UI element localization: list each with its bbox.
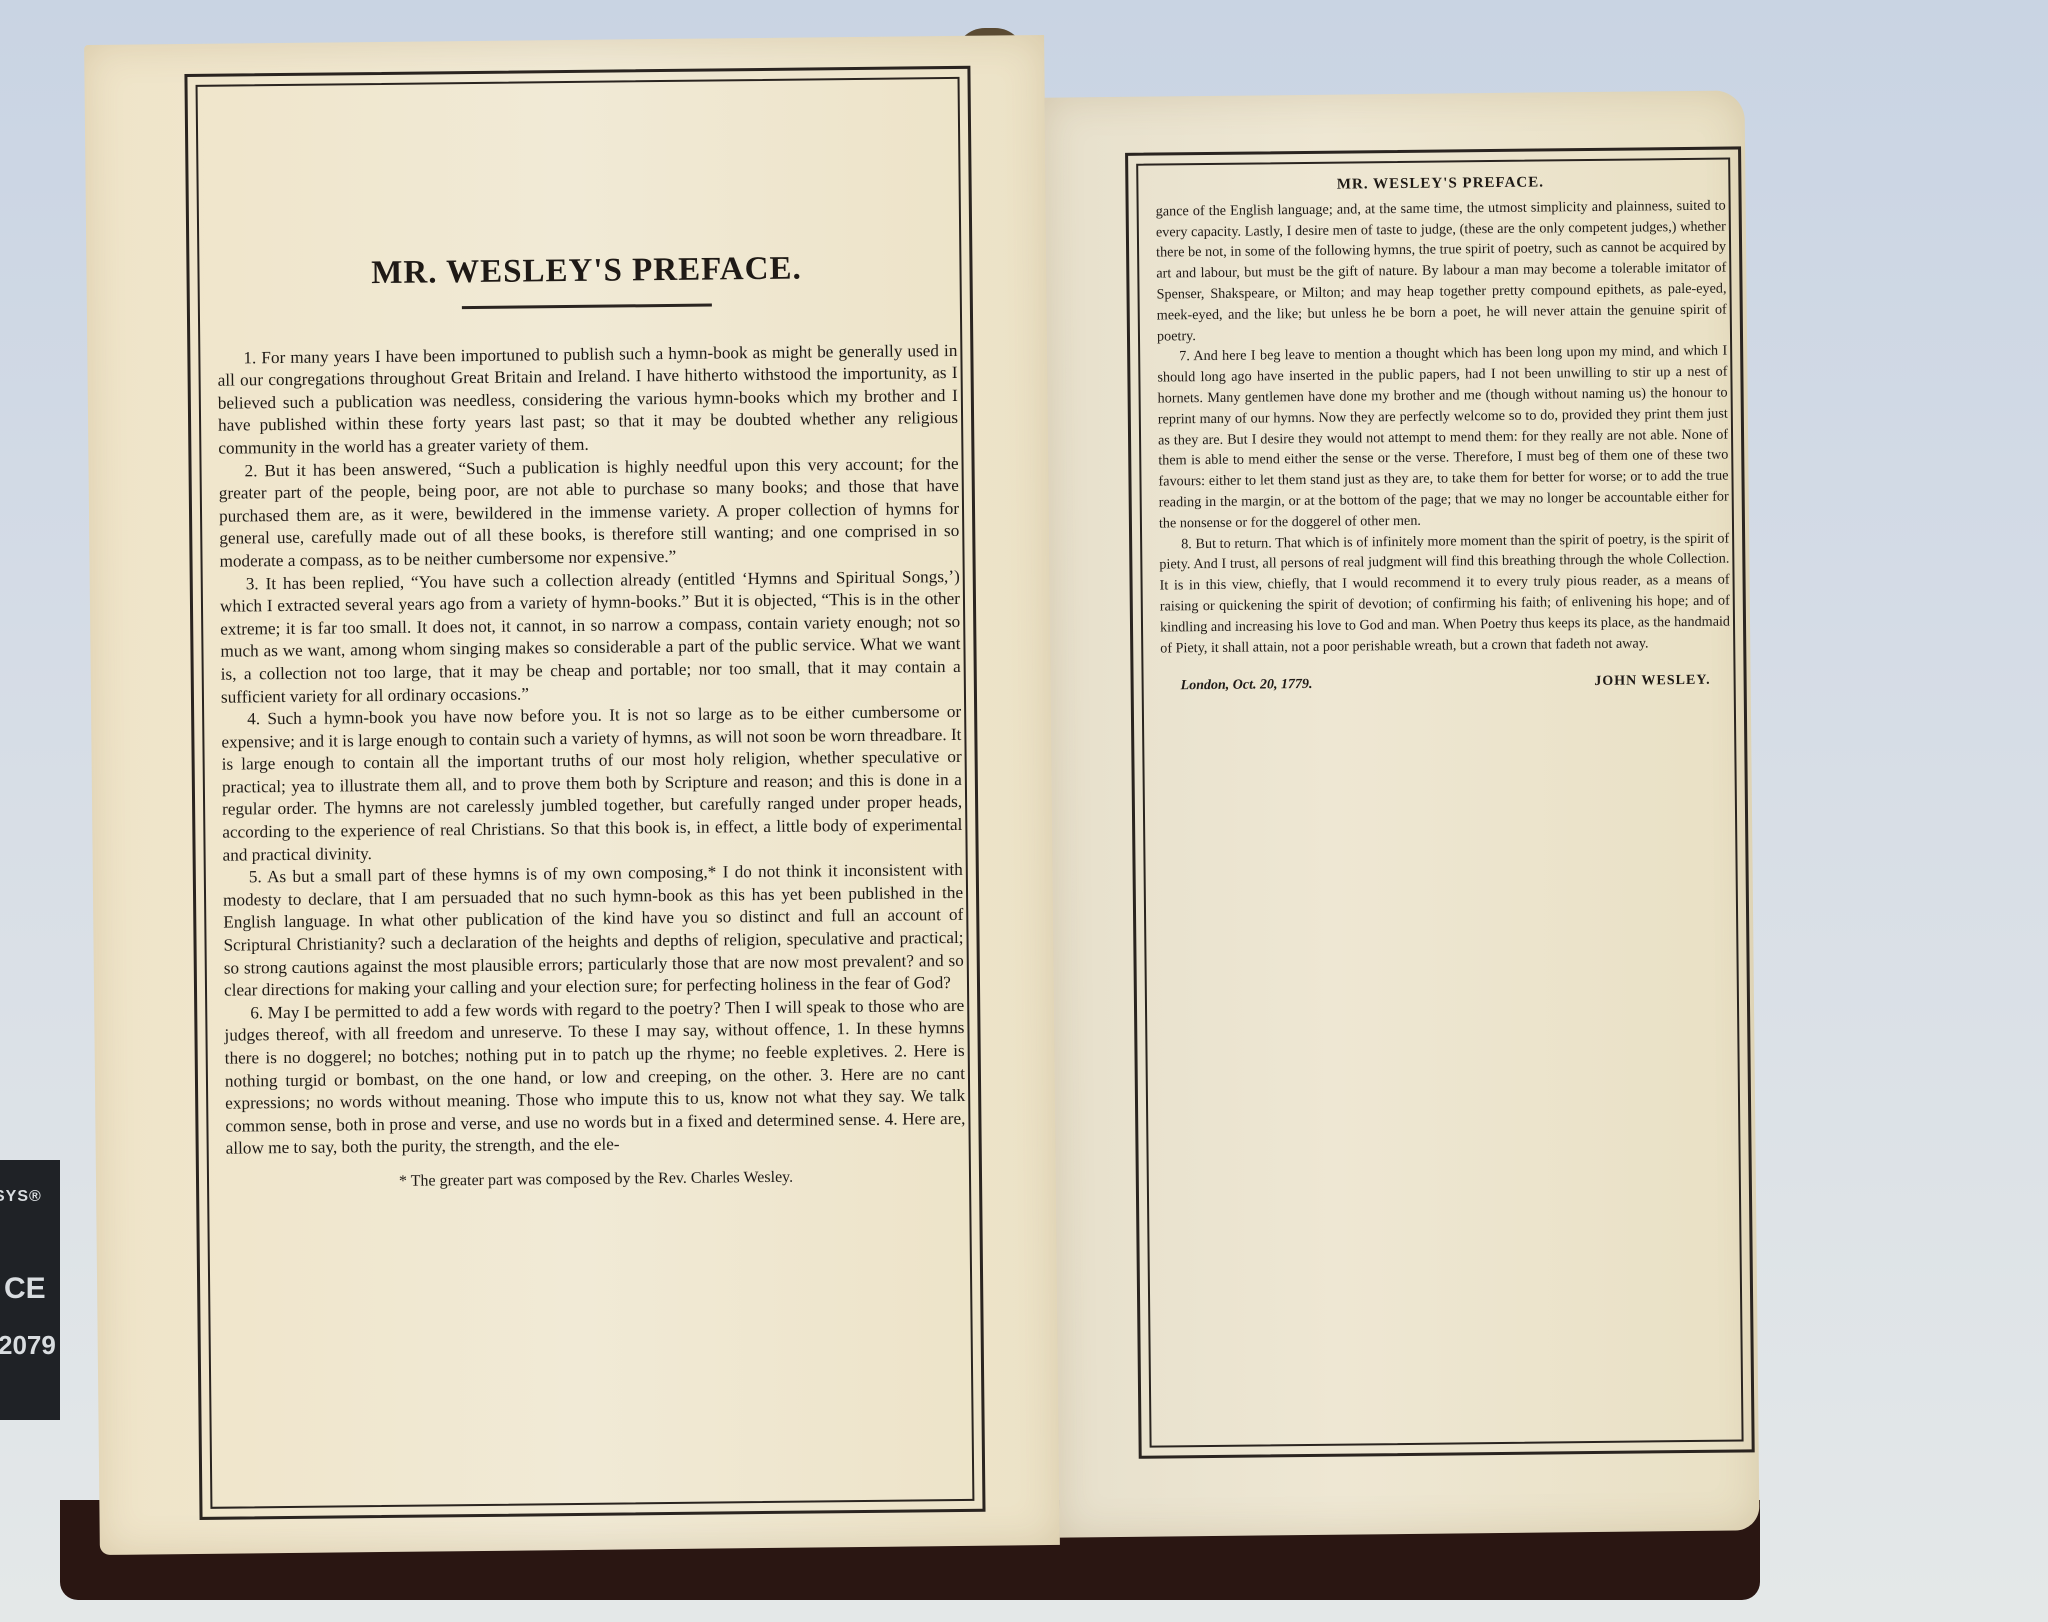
paragraph-5: 5. As but a small part of these hymns is… xyxy=(223,859,964,1002)
signature-date: London, Oct. 20, 1779. xyxy=(1181,675,1313,697)
paragraph-7: 7. And here I beg leave to mention a tho… xyxy=(1157,341,1729,534)
signature-name: JOHN WESLEY. xyxy=(1594,671,1710,693)
device-brand-label: SYS® xyxy=(0,1188,42,1206)
device-ce-mark: CE xyxy=(4,1272,46,1306)
paragraph-6: 6. May I be permitted to add a few words… xyxy=(224,995,966,1161)
device-number-label: 2079 xyxy=(0,1330,56,1361)
paragraph-3: 3. It has been replied, “You have such a… xyxy=(220,565,961,708)
title-rule-divider xyxy=(462,303,712,309)
left-page-body: MR. WESLEY'S PREFACE. 1. For many years … xyxy=(216,256,966,1195)
paragraph-2: 2. But it has been answered, “Such a pub… xyxy=(218,452,959,573)
right-page: MR. WESLEY'S PREFACE. gance of the Engli… xyxy=(1044,90,1759,1537)
right-page-body: MR. WESLEY'S PREFACE. gance of the Engli… xyxy=(1155,171,1730,698)
background-device: SYS® CE 2079 xyxy=(0,1160,60,1420)
paragraph-8: 8. But to return. That which is of infin… xyxy=(1159,528,1730,659)
paragraph-1: 1. For many years I have been importuned… xyxy=(217,340,958,461)
paragraph-4: 4. Such a hymn-book you have now before … xyxy=(221,701,963,867)
paragraph-6-continued: gance of the English language; and, at t… xyxy=(1156,195,1727,347)
left-page: MR. WESLEY'S PREFACE. 1. For many years … xyxy=(84,35,1060,1555)
